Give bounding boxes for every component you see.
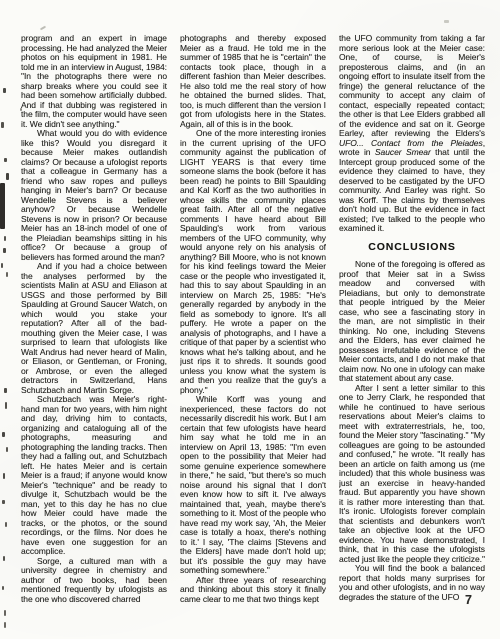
text-column-1: program and an expert in image processin… [21, 34, 167, 639]
scan-speck [3, 88, 6, 93]
scan-speck [4, 622, 6, 628]
scan-speck [2, 500, 5, 504]
scan-speck [5, 402, 7, 409]
scan-speck [444, 20, 449, 23]
section-heading: CONCLUSIONS [339, 243, 485, 253]
text-column-2: photographs and thereby exposed Meier as… [180, 34, 326, 639]
paragraph: None of the foregoing is offered as proo… [339, 260, 485, 384]
paragraph: After I sent a letter similar to this on… [339, 384, 485, 565]
scan-speck [4, 158, 7, 162]
paragraph: the UFO community from taking a far more… [339, 34, 485, 234]
scan-speck [40, 26, 46, 31]
paragraph: What would you do with evidence like thi… [21, 129, 167, 262]
paragraph: photographs and thereby exposed Meier as… [180, 34, 326, 129]
scan-speck [5, 522, 7, 527]
italic-title-text: UFO... Contact from the Pleiades [339, 138, 483, 148]
paragraph: And if you had a choice between the anal… [21, 262, 167, 395]
scan-speck [2, 432, 5, 437]
paragraph: Sorge, a cultured man with a university … [21, 557, 167, 605]
scan-speck [6, 272, 8, 277]
scan-smudge [0, 183, 5, 229]
paragraph: After three years of researching and thi… [180, 576, 326, 605]
scan-speck [4, 610, 6, 616]
scan-speck [1, 263, 3, 268]
text-column-3: the UFO community from taking a far more… [339, 34, 485, 639]
body-text: that until the Intercept group produced … [339, 147, 485, 233]
paragraph: Schutzbach was Meier's right-hand man fo… [21, 395, 167, 557]
scan-speck [6, 447, 8, 452]
scan-speck [3, 473, 5, 479]
paragraph: One of the more interesting ironies in t… [180, 129, 326, 395]
scan-speck [1, 122, 4, 128]
paragraph: While Korff was young and inexperienced,… [180, 395, 326, 576]
scan-speck [4, 388, 7, 393]
text-columns: program and an expert in image processin… [21, 34, 485, 639]
scan-speck [6, 173, 9, 180]
page-number: 7 [465, 593, 472, 607]
scan-speck [4, 236, 6, 241]
paragraph: program and an expert in image processin… [21, 34, 167, 129]
italic-title-text: Saucer Smear [375, 147, 431, 157]
scan-speck [3, 248, 6, 253]
scan-speck [3, 556, 5, 561]
body-text: the UFO community from taking a far more… [339, 34, 485, 138]
document-page: program and an expert in image processin… [0, 0, 500, 639]
scan-speck [2, 586, 4, 590]
paragraph: You will find the book a balanced report… [339, 564, 485, 602]
